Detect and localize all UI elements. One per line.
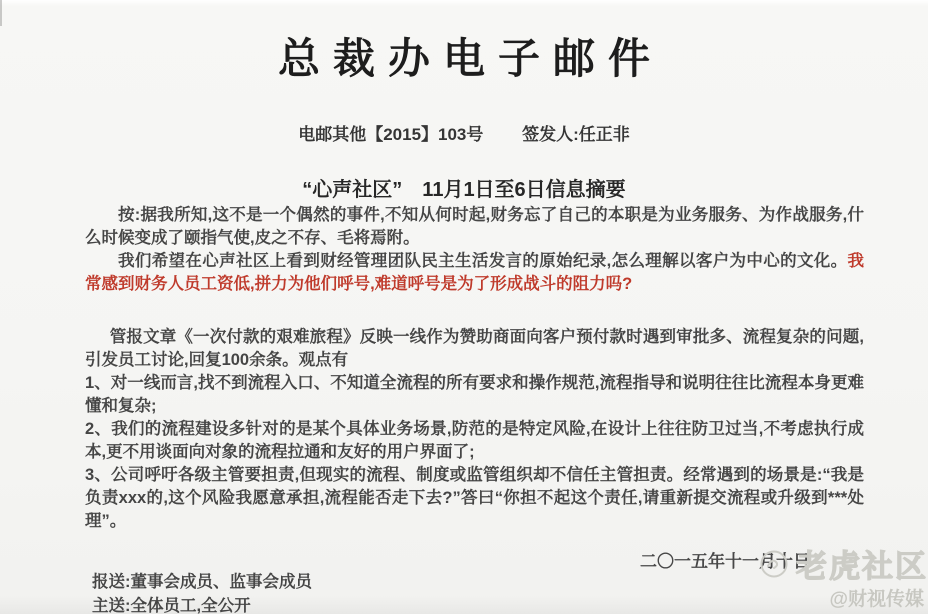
scan-edge-artifact [0,0,2,26]
send-to-line: 主送:全体员工,全公开 [92,592,251,614]
issuer-name: 签发人:任正非 [522,125,630,144]
paragraph-comment-black: 我们希望在心声社区上看到财经管理团队民主生活发言的原始纪录,怎么理解以客户为中心… [118,252,848,270]
list-item-2: 2、我们的流程建设多针对的是某个具体业务场景,防范的是特定风险,在设计上往往防卫… [85,418,864,464]
watermark-brand: 老虎社区 [796,541,928,586]
report-to-line: 报送:董事会成员、监事会成员 [92,568,312,592]
document-title: 总裁办电子邮件 [0,0,928,86]
list-item-3: 3、公司呼吁各级主管要担责,但现实的流程、制度或监管组织却不信任主管担责。经常遇… [85,464,864,533]
subject-line: “心声社区” 11月1日至6日信息摘要 [0,173,928,202]
document-body: 按:据我所知,这不是一个偶然的事件,不知从何时起,财务忘了自己的本职是为业务服务… [85,204,864,533]
document-date: 二〇一五年十一月十日 [640,547,810,572]
doc-number: 电邮其他【2015】103号 [298,125,483,144]
document-meta: 电邮其他【2015】103号 签发人:任正非 [0,120,928,145]
document-page: 总裁办电子邮件 电邮其他【2015】103号 签发人:任正非 “心声社区” 11… [0,0,928,614]
watermark-handle: @财视传媒 [829,584,924,611]
list-item-1: 1、对一线而言,找不到流程入口、不知道全流程的所有要求和操作规范,流程指导和说明… [85,372,864,418]
paragraph-topic: 管报文章《一次付款的艰难旅程》反映一线作为赞助商面向客户预付款时遇到审批多、流程… [85,326,864,372]
paragraph-intro: 按:据我所知,这不是一个偶然的事件,不知从何时起,财务忘了自己的本职是为业务服务… [85,204,864,250]
paragraph-comment: 我们希望在心声社区上看到财经管理团队民主生活发言的原始纪录,怎么理解以客户为中心… [85,250,864,296]
